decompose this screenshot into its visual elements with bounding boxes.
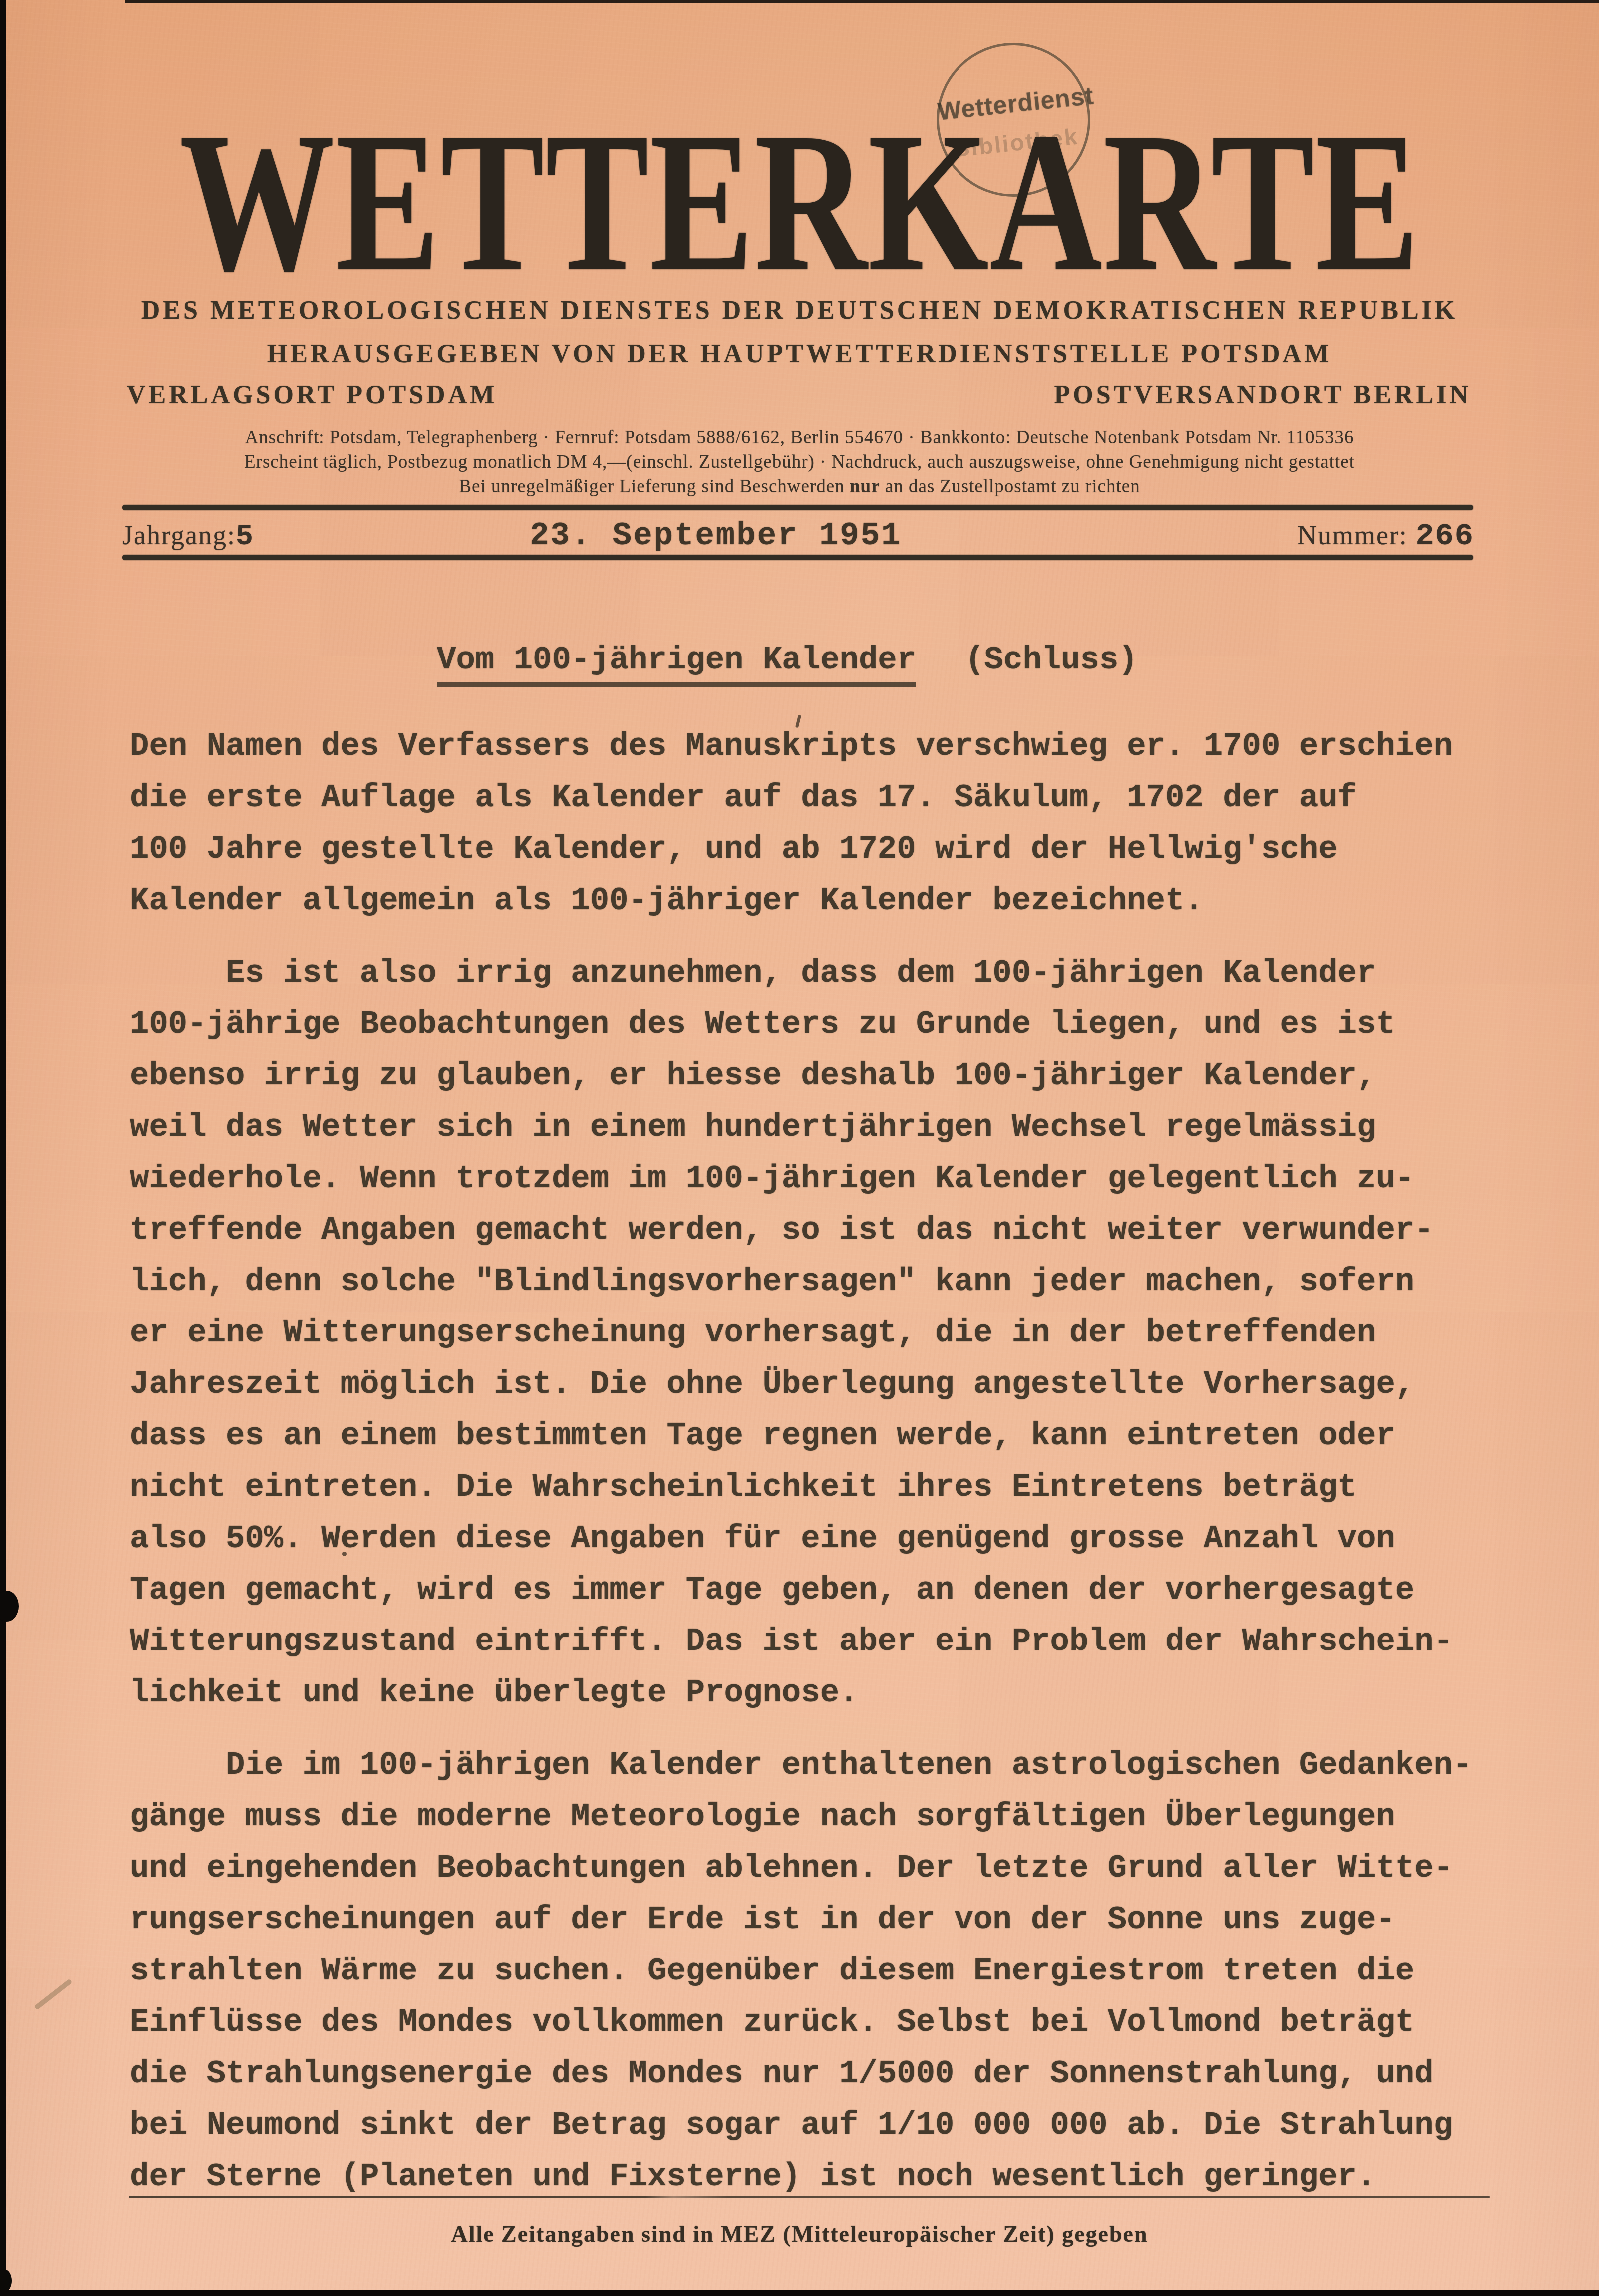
paragraph: Es ist also irrig anzunehmen, dass dem 1… bbox=[130, 948, 1508, 1719]
typed-line: die erste Auflage als Kalender auf das 1… bbox=[130, 773, 1508, 824]
paragraph: Die im 100-jährigen Kalender enthaltenen… bbox=[130, 1740, 1508, 2203]
footer-note: Alle Zeitangaben sind in MEZ (Mitteleuro… bbox=[0, 2221, 1599, 2247]
publisher-row: VERLAGSORT POTSDAM POSTVERSANDORT BERLIN bbox=[127, 380, 1471, 410]
imprint-line-3-post: an das Zustellpostamt zu richten bbox=[880, 476, 1140, 497]
paragraph: Den Namen des Verfassers des Manuskripts… bbox=[130, 721, 1508, 927]
typed-line: treffende Angaben gemacht werden, so ist… bbox=[130, 1205, 1508, 1257]
typed-line: Den Namen des Verfassers des Manuskripts… bbox=[130, 721, 1508, 773]
volume-value: 5 bbox=[236, 521, 254, 553]
article-body: Den Namen des Verfassers des Manuskripts… bbox=[130, 721, 1508, 2203]
imprint-block: Anschrift: Potsdam, Telegraphenberg · Fe… bbox=[0, 425, 1599, 499]
imprint-line-3: Bei unregelmäßiger Lieferung sind Beschw… bbox=[0, 474, 1599, 499]
scan-edge-left bbox=[0, 0, 6, 2296]
typed-line: strahlten Wärme zu suchen. Gegenüber die… bbox=[130, 1946, 1508, 1997]
typed-line: ebenso irrig zu glauben, er hiesse desha… bbox=[130, 1051, 1508, 1102]
divider-rule-bottom bbox=[122, 555, 1473, 560]
typed-line: bei Neumond sinkt der Betrag sogar auf 1… bbox=[130, 2100, 1508, 2152]
article-heading-suffix: (Schluss) bbox=[965, 643, 1138, 678]
typed-line: also 50%. Werden diese Angaben für eine … bbox=[130, 1514, 1508, 1565]
masthead-subtitle-1: DES METEOROLOGISCHEN DIENSTES DER DEUTSC… bbox=[0, 296, 1599, 325]
typed-line: Die im 100-jährigen Kalender enthaltenen… bbox=[130, 1740, 1508, 1792]
publisher-right: POSTVERSANDORT BERLIN bbox=[1054, 380, 1472, 410]
divider-rule-top bbox=[122, 505, 1473, 510]
issue-bar: Jahrgang:5 23. September 1951 Nummer: 26… bbox=[122, 518, 1474, 551]
masthead-title: WETTERKARTE bbox=[179, 102, 1420, 302]
paper-speck bbox=[342, 1552, 347, 1556]
volume-label: Jahrgang: bbox=[122, 520, 236, 550]
typed-line: wiederhole. Wenn trotzdem im 100-jährige… bbox=[130, 1154, 1508, 1205]
number-field: Nummer: 266 bbox=[1297, 518, 1474, 554]
typed-line: weil das Wetter sich in einem hundertjäh… bbox=[130, 1102, 1508, 1154]
typed-line: 100-jährige Beobachtungen des Wetters zu… bbox=[130, 999, 1508, 1051]
typed-line: 100 Jahre gestellte Kalender, und ab 172… bbox=[130, 824, 1508, 876]
volume-field: Jahrgang:5 bbox=[122, 520, 254, 553]
typed-line: Es ist also irrig anzunehmen, dass dem 1… bbox=[130, 948, 1508, 999]
masthead-subtitle-2: HERAUSGEGEBEN VON DER HAUPTWETTERDIENSTS… bbox=[0, 339, 1599, 369]
typed-line: Witterungszustand eintrifft. Das ist abe… bbox=[130, 1617, 1508, 1668]
imprint-line-3-pre: Bei unregelmäßiger Lieferung sind Beschw… bbox=[459, 476, 850, 497]
typed-line: Tagen gemacht, wird es immer Tage geben,… bbox=[130, 1565, 1508, 1617]
typed-line: er eine Witterungserscheinung vorhersagt… bbox=[130, 1308, 1508, 1359]
publisher-left: VERLAGSORT POTSDAM bbox=[127, 380, 497, 410]
article-heading-underlined: Vom 100-jährigen Kalender bbox=[437, 643, 916, 687]
number-label: Nummer: bbox=[1297, 520, 1408, 550]
imprint-line-2: Erscheint täglich, Postbezug monatlich D… bbox=[0, 450, 1599, 474]
typed-line: gänge muss die moderne Meteorologie nach… bbox=[130, 1792, 1508, 1843]
scan-edge-bottom bbox=[0, 2290, 1599, 2296]
typed-line: lich, denn solche "Blindlingsvorhersagen… bbox=[130, 1257, 1508, 1308]
wetterkarte-scan-page: Wetterdienst Bibliothek WETTERKARTE DES … bbox=[0, 0, 1599, 2296]
typed-line: dass es an einem bestimmten Tage regnen … bbox=[130, 1411, 1508, 1462]
typed-line: Jahreszeit möglich ist. Die ohne Überleg… bbox=[130, 1359, 1508, 1411]
typed-line: Einflüsse des Mondes vollkommen zurück. … bbox=[130, 1997, 1508, 2049]
typed-line: lichkeit und keine überlegte Prognose. bbox=[130, 1668, 1508, 1719]
article-heading: Vom 100-jährigen Kalender(Schluss) bbox=[437, 643, 1138, 678]
typed-line: und eingehenden Beobachtungen ablehnen. … bbox=[130, 1843, 1508, 1895]
typed-line: die Strahlungsenergie des Mondes nur 1/5… bbox=[130, 2049, 1508, 2100]
article-end-rule bbox=[129, 2196, 1490, 2198]
typed-line: Kalender allgemein als 100-jähriger Kale… bbox=[130, 876, 1508, 927]
imprint-line-3-bold: nur bbox=[850, 476, 880, 497]
issue-date: 23. September 1951 bbox=[530, 518, 902, 554]
typed-line: rungserscheinungen auf der Erde ist in d… bbox=[130, 1895, 1508, 1946]
imprint-line-1: Anschrift: Potsdam, Telegraphenberg · Fe… bbox=[0, 425, 1599, 450]
scan-edge-top bbox=[125, 0, 1599, 3]
number-value: 266 bbox=[1415, 518, 1474, 554]
typed-line: nicht eintreten. Die Wahrscheinlichkeit … bbox=[130, 1462, 1508, 1514]
